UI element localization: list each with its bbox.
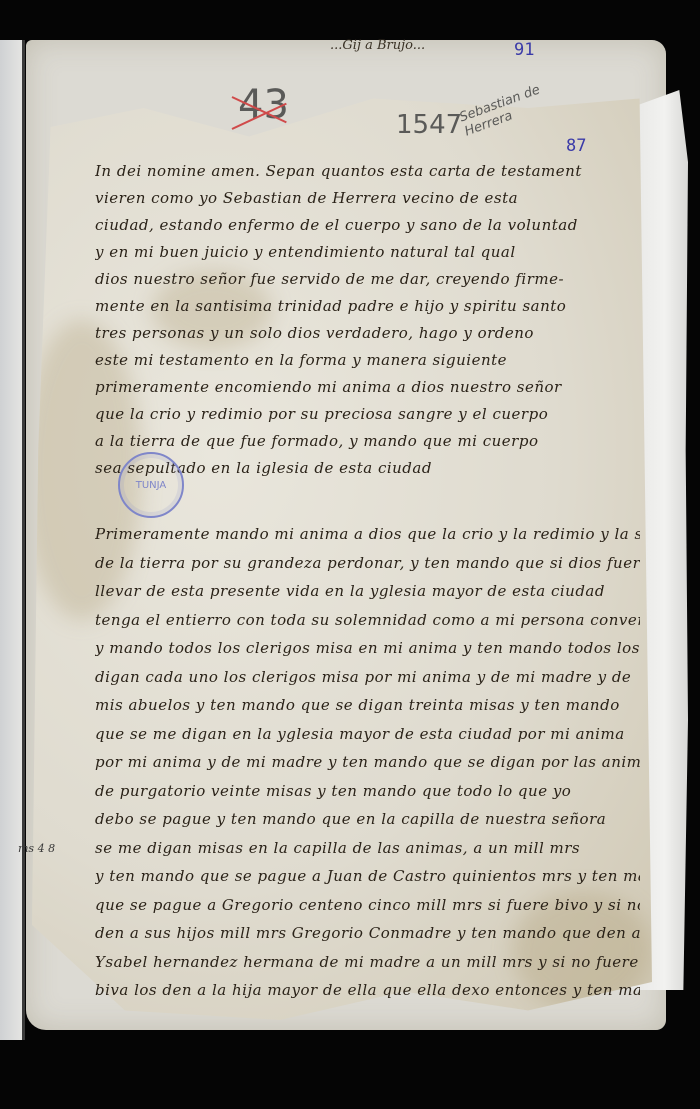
margin-note: ms 4 8 — [18, 842, 55, 855]
text-line: debo se pague y ten mando que en la capi… — [95, 805, 640, 834]
text-line: Primeramente mando mi anima a dios que l… — [95, 520, 640, 549]
pencil-year: 1547 — [396, 110, 462, 140]
text-line: mis abuelos y ten mando que se digan tre… — [95, 691, 640, 720]
text-line: llevar de esta presente vida en la ygles… — [95, 577, 640, 606]
text-line: a la tierra de que fue formado, y mando … — [95, 428, 640, 455]
text-line: de purgatorio veinte misas y ten mando q… — [95, 777, 640, 806]
text-line: y en mi buen juicio y entendimiento natu… — [95, 239, 640, 266]
text-line: tenga el entierro con toda su solemnidad… — [95, 606, 640, 635]
text-line: que se pague a Gregorio centeno cinco mi… — [95, 891, 640, 920]
text-line: este mi testamento en la forma y manera … — [95, 347, 640, 374]
folio-number-page: 87 — [566, 136, 586, 156]
text-line: se me digan misas en la capilla de las a… — [95, 834, 640, 863]
text-line: dios nuestro señor fue servido de me dar… — [95, 266, 640, 293]
text-line: de la tierra por su grandeza perdonar, y… — [95, 549, 640, 578]
text-line: vieren como yo Sebastian de Herrera veci… — [95, 185, 640, 212]
text-line: mente en la santisima trinidad padre e h… — [95, 293, 640, 320]
paragraph-1: In dei nomine amen. Sepan quantos esta c… — [95, 158, 640, 482]
text-line: den a sus hijos mill mrs Gregorio Conmad… — [95, 919, 640, 948]
text-line: y ten mando que se pague a Juan de Castr… — [95, 862, 640, 891]
text-line: digan cada uno los clerigos misa por mi … — [95, 663, 640, 692]
text-line: primeramente encomiendo mi anima a dios … — [95, 374, 640, 401]
header-fragment: ...Gij a Brujo... — [330, 38, 425, 53]
archive-stamp: TUNJA — [118, 452, 184, 518]
adjacent-page-edge — [0, 40, 25, 1040]
text-line: biva los den a la hija mayor de ella que… — [95, 976, 640, 1005]
text-line: que la crio y redimio por su preciosa sa… — [95, 401, 640, 428]
text-line: tres personas y un solo dios verdadero, … — [95, 320, 640, 347]
folio-number-top: 91 — [514, 40, 534, 60]
stamp-text: TUNJA — [136, 480, 167, 491]
text-line: por mi anima y de mi madre y ten mando q… — [95, 748, 640, 777]
paragraph-2: Primeramente mando mi anima a dios que l… — [95, 520, 640, 1005]
text-line: y mando todos los clerigos misa en mi an… — [95, 634, 640, 663]
text-line: Ysabel hernandez hermana de mi madre a u… — [95, 948, 640, 977]
text-line: ciudad, estando enfermo de el cuerpo y s… — [95, 212, 640, 239]
text-line: que se me digan en la yglesia mayor de e… — [95, 720, 640, 749]
text-line: In dei nomine amen. Sepan quantos esta c… — [95, 158, 640, 185]
